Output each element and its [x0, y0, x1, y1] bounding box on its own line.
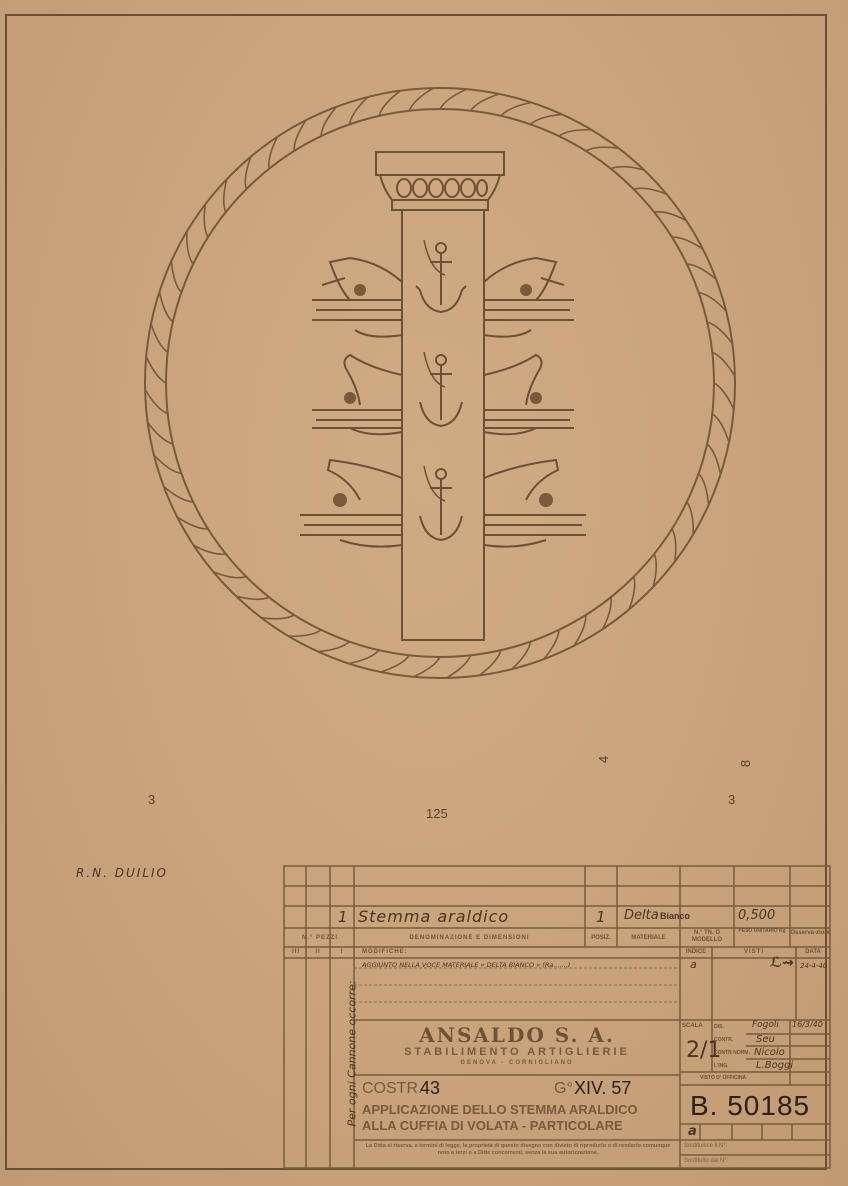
anchor-icon-1 — [416, 240, 466, 312]
sig-contr: Seu — [756, 1034, 775, 1045]
heraldic-emblem-drawing — [0, 0, 848, 720]
mod-col-i: I — [330, 949, 354, 955]
company-division: STABILIMENTO ARTIGLIERIE — [354, 1046, 680, 1058]
sig-label-contr: CONTR. — [714, 1037, 733, 1043]
legal-notice: La Ditta si riserva, a termini di legge,… — [362, 1143, 674, 1157]
drawing-number: B. 50185 — [690, 1090, 810, 1122]
index-header: INDICE — [680, 949, 712, 955]
sig-label-visto: VISTO D' OFFICINA — [700, 1075, 746, 1081]
replaced-by-label: Sostituito dal N°: — [684, 1158, 728, 1164]
costr-label: COSTR. — [362, 1080, 422, 1098]
date-header: DATA — [796, 949, 830, 955]
anchor-icon-3 — [420, 466, 462, 540]
parts-material-suffix: Bianco — [660, 911, 690, 921]
ship-label: R.N. DUILIO — [76, 866, 168, 880]
drawing-title-line2: ALLA CUFFIA DI VOLATA - PARTICOLARE — [362, 1118, 623, 1133]
header-notes: Osserva-zioni — [790, 930, 830, 937]
group-value: XIV. 57 — [574, 1078, 631, 1099]
header-position: POSIZ. — [585, 935, 617, 941]
scale-label: SCALA — [682, 1023, 703, 1029]
sig-label-dis: DIS. — [714, 1024, 724, 1030]
parts-description-value: Stemma araldico — [358, 907, 509, 926]
dim-thickness: 4 — [596, 756, 611, 763]
dim-right-rim: 3 — [728, 792, 735, 807]
dim-left-rim: 3 — [148, 792, 155, 807]
mod-col-ii: II — [306, 949, 330, 955]
company-name: ANSALDO S. A. — [354, 1023, 680, 1047]
parts-pieces-value: 1 — [338, 908, 348, 926]
header-model: N.° TN. O MODELLO — [680, 930, 734, 944]
header-material: MATERIALE — [617, 935, 680, 941]
dim-height: 8 — [738, 760, 753, 767]
sig-label-ing: L'ING. — [714, 1063, 729, 1069]
revision-letter: a — [688, 1124, 697, 1139]
sig-dis: Fogoli — [752, 1020, 779, 1030]
mod-header: MODIFICHE: — [362, 949, 408, 955]
header-pieces: N.° PEZZI — [286, 935, 354, 941]
column-capital-eggs-icon — [397, 179, 487, 197]
drawing-title-line1: APPLICAZIONE DELLO STEMMA ARALDICO — [362, 1102, 638, 1117]
visti-signature-icon: ℒ⇝ — [770, 955, 794, 971]
anchor-icon-2 — [420, 352, 462, 426]
mod-col-iii: III — [286, 949, 306, 955]
sig-contr-norm: Nicolo — [754, 1047, 785, 1058]
mod-index-value: a — [690, 958, 697, 971]
header-weight: PESO UNITARIO Kg — [734, 928, 790, 934]
sig-ing: L.Boggi — [756, 1060, 793, 1071]
rostra-heads-icon — [333, 284, 553, 507]
costr-value: 43 — [420, 1078, 440, 1099]
mod-date-value: 24-4-40 — [800, 962, 827, 970]
mod-entry: AGGIUNTO NELLA VOCE MATERIALE « DELTA BI… — [362, 961, 570, 969]
replaces-label: Sostituisce il N°: — [684, 1143, 727, 1149]
parts-weight-value: 0,500 — [738, 908, 775, 923]
group-label: G° — [554, 1080, 573, 1098]
dim-total-width: 125 — [426, 806, 448, 821]
company-location: GENOVA - CORNIGLIANO — [354, 1060, 680, 1066]
parts-material-value: Delta — [624, 908, 659, 923]
sig-label-contr-norm: CONTR NORM. — [714, 1050, 750, 1056]
parts-position-value: 1 — [596, 908, 606, 926]
header-description: DENOMINAZIONE E DIMENSIONI — [354, 935, 585, 941]
sig-dis-date: 16/3/40 — [792, 1020, 823, 1029]
